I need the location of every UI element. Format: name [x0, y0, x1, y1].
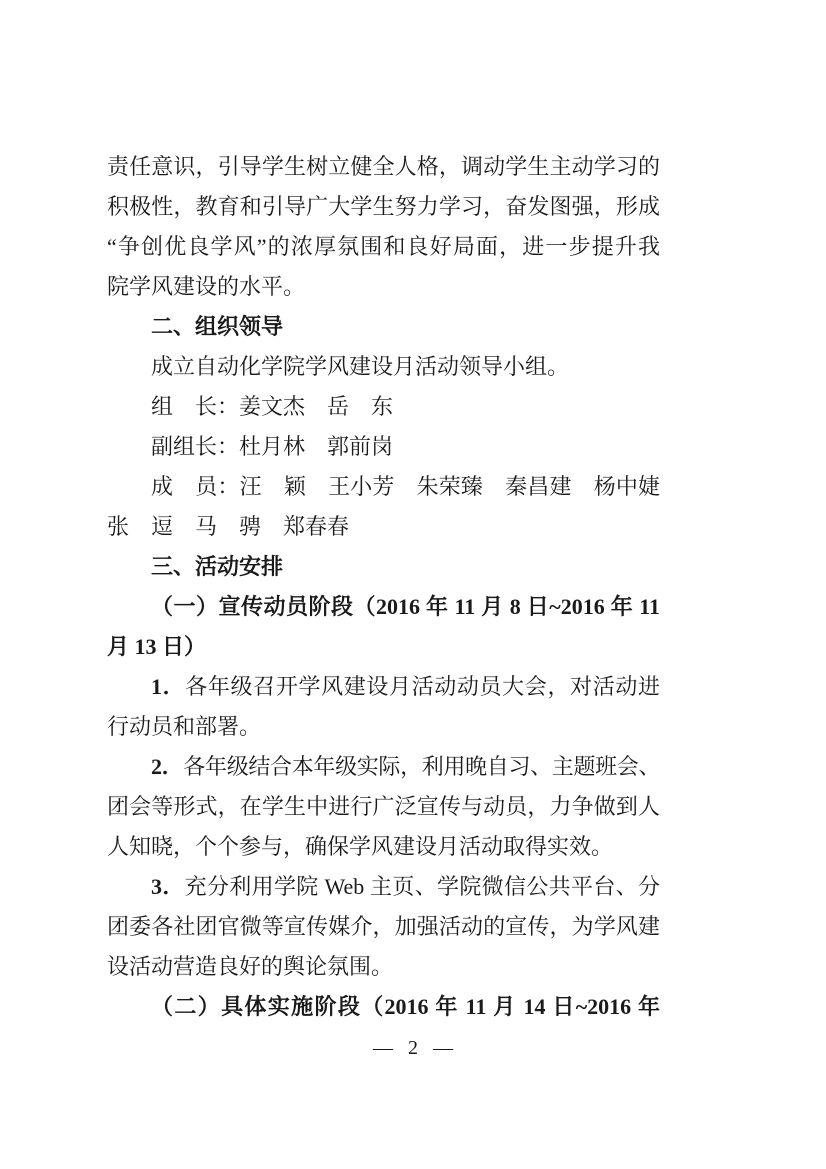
doc-line: 责任意识，引导学生树立健全人格，调动学生主动学习的	[107, 147, 660, 187]
doc-line: 积极性，教育和引导广大学生努力学习，奋发图强，形成	[107, 187, 660, 227]
doc-line: 团会等形式，在学生中进行广泛宣传与动员，力争做到人	[107, 787, 660, 827]
doc-line: 成立自动化学院学风建设月活动领导小组。	[107, 347, 660, 387]
doc-line: “争创优良学风”的浓厚氛围和良好局面，进一步提升我	[107, 227, 660, 267]
doc-text: 各年级召开学风建设月活动动员大会，对活动进	[185, 674, 660, 699]
doc-text: 行动员和部署。	[107, 714, 261, 739]
doc-text: 充分利用学院 Web 主页、学院微信公共平台、分	[185, 874, 660, 899]
doc-text: 人知晓，个个参与，确保学风建设月活动取得实效。	[107, 834, 613, 859]
doc-line: 三、活动安排	[107, 547, 660, 587]
doc-text: 二、组织领导	[151, 314, 283, 339]
doc-text: 团会等形式，在学生中进行广泛宣传与动员，力争做到人	[107, 794, 660, 819]
doc-line: 成 员：汪 颖 王小芳 朱荣臻 秦昌建 杨中婕	[107, 467, 660, 507]
document-body: 责任意识，引导学生树立健全人格，调动学生主动学习的积极性，教育和引导广大学生努力…	[107, 147, 660, 1027]
doc-line: 组 长：姜文杰 岳 东	[107, 387, 660, 427]
doc-line: 2．各年级结合本年级实际，利用晚自习、主题班会、	[107, 747, 660, 787]
doc-text: 张 逗 马 骋 郑春春	[107, 514, 349, 539]
doc-text: 副组长：杜月林 郭前岗	[151, 434, 393, 459]
list-number: 2．	[151, 754, 183, 779]
doc-text: （一）宣传动员阶段（2016 年 11 月 8 日~2016 年 11	[151, 594, 660, 619]
doc-text: 团委各社团官微等宣传媒介，加强活动的宣传，为学风建	[107, 914, 660, 939]
doc-text: 院学风建设的水平。	[107, 274, 305, 299]
doc-line: （二）具体实施阶段（2016 年 11 月 14 日~2016 年 12	[107, 987, 660, 1027]
doc-text: 成立自动化学院学风建设月活动领导小组。	[151, 354, 569, 379]
doc-text: （二）具体实施阶段（2016 年 11 月 14 日~2016 年 12	[107, 994, 660, 1027]
doc-line: 人知晓，个个参与，确保学风建设月活动取得实效。	[107, 827, 660, 867]
doc-line: （一）宣传动员阶段（2016 年 11 月 8 日~2016 年 11	[107, 587, 660, 627]
list-number: 3．	[151, 874, 185, 899]
doc-text: 三、活动安排	[151, 554, 283, 579]
page-number: — 2 —	[0, 1028, 826, 1068]
doc-line: 院学风建设的水平。	[107, 267, 660, 307]
doc-text: 设活动营造良好的舆论氛围。	[107, 954, 393, 979]
doc-line: 月 13 日）	[107, 627, 660, 667]
doc-line: 二、组织领导	[107, 307, 660, 347]
doc-text: 责任意识，引导学生树立健全人格，调动学生主动学习的	[107, 154, 660, 179]
doc-text: 月 13 日）	[107, 634, 206, 659]
doc-text: “争创优良学风”的浓厚氛围和良好局面，进一步提升我	[107, 234, 660, 259]
doc-line: 团委各社团官微等宣传媒介，加强活动的宣传，为学风建	[107, 907, 660, 947]
doc-text: 积极性，教育和引导广大学生努力学习，奋发图强，形成	[107, 194, 660, 219]
doc-line: 设活动营造良好的舆论氛围。	[107, 947, 660, 987]
doc-line: 3．充分利用学院 Web 主页、学院微信公共平台、分	[107, 867, 660, 907]
document-page: 责任意识，引导学生树立健全人格，调动学生主动学习的积极性，教育和引导广大学生努力…	[0, 0, 826, 1169]
doc-text: 成 员：汪 颖 王小芳 朱荣臻 秦昌建 杨中婕	[151, 474, 660, 499]
doc-line: 张 逗 马 骋 郑春春	[107, 507, 660, 547]
doc-line: 副组长：杜月林 郭前岗	[107, 427, 660, 467]
doc-line: 1．各年级召开学风建设月活动动员大会，对活动进	[107, 667, 660, 707]
doc-text: 各年级结合本年级实际，利用晚自习、主题班会、	[183, 754, 660, 779]
doc-line: 行动员和部署。	[107, 707, 660, 747]
doc-text: 组 长：姜文杰 岳 东	[151, 394, 393, 419]
list-number: 1．	[151, 674, 185, 699]
